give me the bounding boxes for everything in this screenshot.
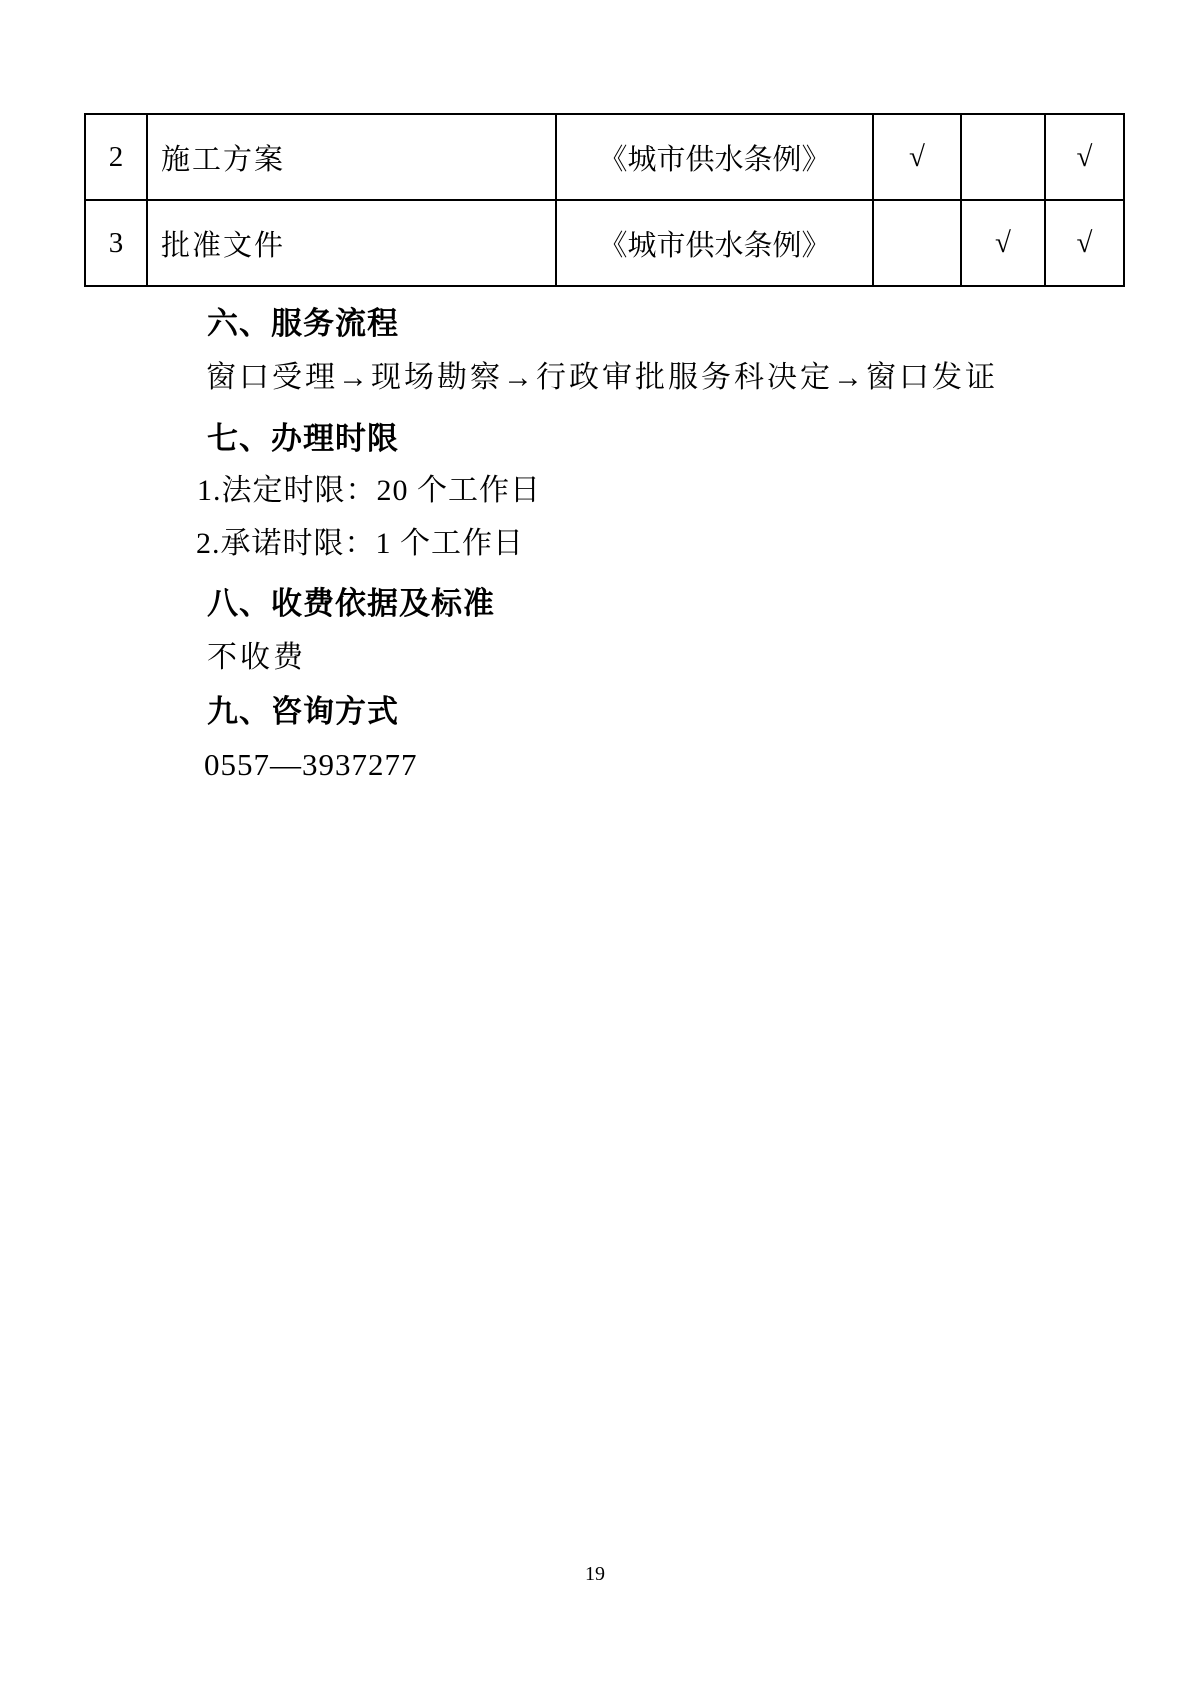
checkmark-cell: √	[873, 114, 961, 200]
checkmark-cell	[961, 114, 1045, 200]
item-name-cell: 批准文件	[147, 200, 556, 286]
page-number: 19	[0, 1563, 1190, 1586]
row-number-cell: 2	[85, 114, 147, 200]
checkmark-cell: √	[1045, 200, 1124, 286]
section-heading-service-flow: 六、服务流程	[207, 308, 399, 339]
row-number-cell: 3	[85, 200, 147, 286]
item-name-cell: 施工方案	[147, 114, 556, 200]
no-fee-text: 不收费	[207, 643, 306, 673]
checkmark-cell: √	[961, 200, 1045, 286]
materials-table: 2 施工方案 《城市供水条例》 √ √ 3 批准文件 《城市供水条例》 √ √	[84, 113, 1125, 287]
section-heading-time-limit: 七、办理时限	[207, 423, 399, 454]
checkmark-cell: √	[1045, 114, 1124, 200]
phone-number-text: 0557—3937277	[204, 749, 418, 780]
section-heading-fees: 八、收费依据及标准	[207, 588, 495, 619]
legal-basis-cell: 《城市供水条例》	[556, 200, 873, 286]
statutory-time-limit-text: 1.法定时限：20 个工作日	[197, 476, 541, 506]
checkmark-cell	[873, 200, 961, 286]
service-flow-text: 窗口受理→现场勘察→行政审批服务科决定→窗口发证	[206, 363, 998, 393]
document-page: 2 施工方案 《城市供水条例》 √ √ 3 批准文件 《城市供水条例》 √ √ …	[0, 0, 1190, 1684]
promised-time-limit-text: 2.承诺时限：1 个工作日	[196, 529, 524, 559]
table-row: 3 批准文件 《城市供水条例》 √ √	[85, 200, 1124, 286]
table-row: 2 施工方案 《城市供水条例》 √ √	[85, 114, 1124, 200]
legal-basis-cell: 《城市供水条例》	[556, 114, 873, 200]
section-heading-consultation: 九、咨询方式	[207, 696, 399, 727]
